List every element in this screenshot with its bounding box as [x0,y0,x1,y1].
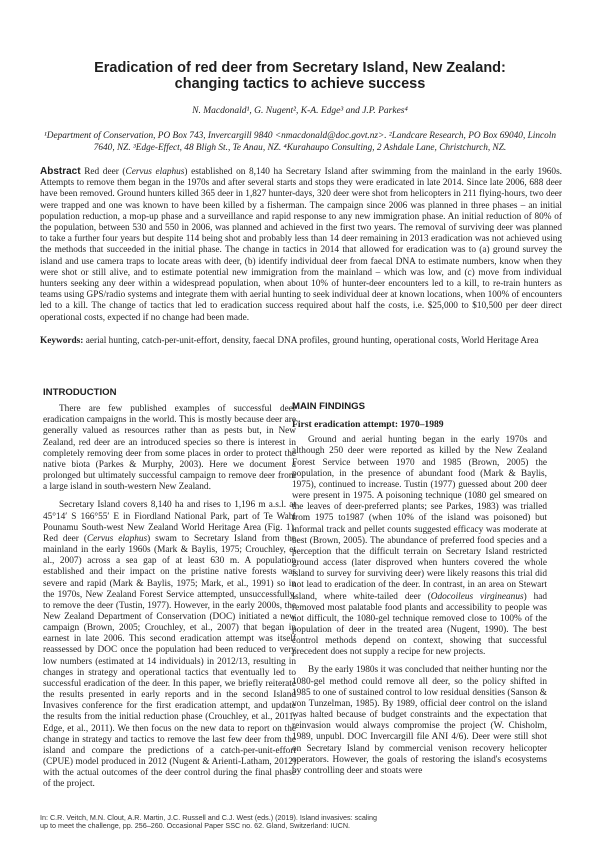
right-column: MAIN FINDINGS First eradication attempt:… [292,401,547,777]
keywords-label: Keywords: [40,336,83,346]
findings-p1-text-a: Ground and aerial hunting began in the e… [292,435,547,601]
intro-paragraph-2: Secretary Island covers 8,140 ha and ris… [43,500,296,790]
left-column: INTRODUCTION There are few published exa… [43,387,296,790]
keywords-text: aerial hunting, catch-per-unit-effort, d… [83,336,538,346]
title-line-2: changing tactics to achieve success [0,76,600,92]
introduction-heading: INTRODUCTION [43,387,296,398]
findings-paragraph-2: By the early 1980s it was concluded that… [292,665,547,777]
citation-footer: In: C.R. Veitch, M.N. Clout, A.R. Martin… [40,814,580,831]
main-findings-heading: MAIN FINDINGS [292,401,547,412]
intro-paragraph-1: There are few published examples of succ… [43,404,296,493]
title-line-1: Eradication of red deer from Secretary I… [0,60,600,76]
first-attempt-subheading: First eradication attempt: 1970–1989 [292,419,547,430]
abstract-label: Abstract [40,166,81,177]
abstract-text-b: ) established on 8,140 ha Secretary Isla… [40,167,562,323]
abstract-species: Cervus elaphus [126,167,185,177]
intro-p2-species: Cervus elaphus [87,534,147,544]
findings-paragraph-1: Ground and aerial hunting began in the e… [292,435,547,658]
keywords: Keywords: aerial hunting, catch-per-unit… [40,336,562,347]
author-list: N. Macdonald¹, G. Nugent², K-A. Edge³ an… [0,106,600,116]
intro-p2-text-b: ) swam to Secretary Island from the main… [43,534,296,789]
abstract-text-a: Red deer ( [81,167,126,177]
affiliations: ¹Department of Conservation, PO Box 743,… [40,131,560,154]
footer-line-2: up to meet the challenge, pp. 256–260. O… [40,822,580,830]
findings-p1-species: Odocoileus virgineanus [431,592,524,602]
paper-title: Eradication of red deer from Secretary I… [0,60,600,92]
abstract: Abstract Red deer (Cervus elaphus) estab… [40,166,562,324]
paper-page: Eradication of red deer from Secretary I… [0,0,600,849]
